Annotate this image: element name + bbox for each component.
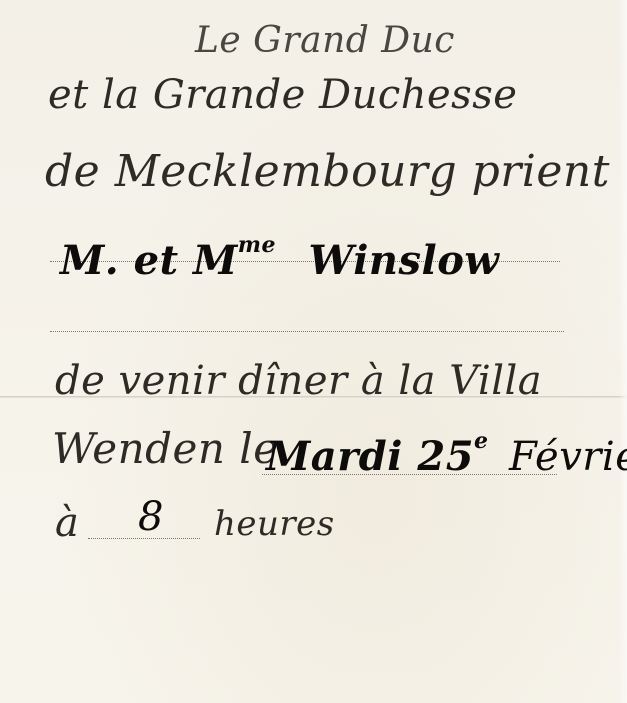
guest-dotted-line-2 bbox=[50, 331, 564, 332]
event-day: Mardi 25 bbox=[266, 433, 474, 480]
event-day-superscript: e bbox=[474, 428, 489, 454]
printed-line-dinner: de venir dîner à la Villa bbox=[55, 358, 542, 404]
printed-line-duchess: et la Grande Duchesse bbox=[48, 72, 517, 118]
guest-names: M. et Mme Winslow bbox=[60, 232, 499, 284]
paper-edge bbox=[619, 0, 627, 703]
guest-prefix: M. et M bbox=[60, 237, 238, 284]
event-month: Février bbox=[509, 434, 627, 480]
guest-surname: Winslow bbox=[308, 237, 499, 284]
event-date: Mardi 25e Février bbox=[266, 428, 627, 480]
guest-prefix-superscript: me bbox=[238, 232, 276, 258]
event-hour: 8 bbox=[138, 494, 164, 540]
printed-line-hours: heures bbox=[214, 504, 335, 544]
printed-line-mecklembourg: de Mecklembourg prient bbox=[45, 146, 610, 197]
printed-line-wenden: Wenden le bbox=[52, 424, 279, 473]
printed-line-at: à bbox=[55, 500, 79, 546]
invitation-card: Le Grand Duc et la Grande Duchesse de Me… bbox=[0, 0, 627, 703]
printed-line-host: Le Grand Duc bbox=[195, 20, 455, 61]
